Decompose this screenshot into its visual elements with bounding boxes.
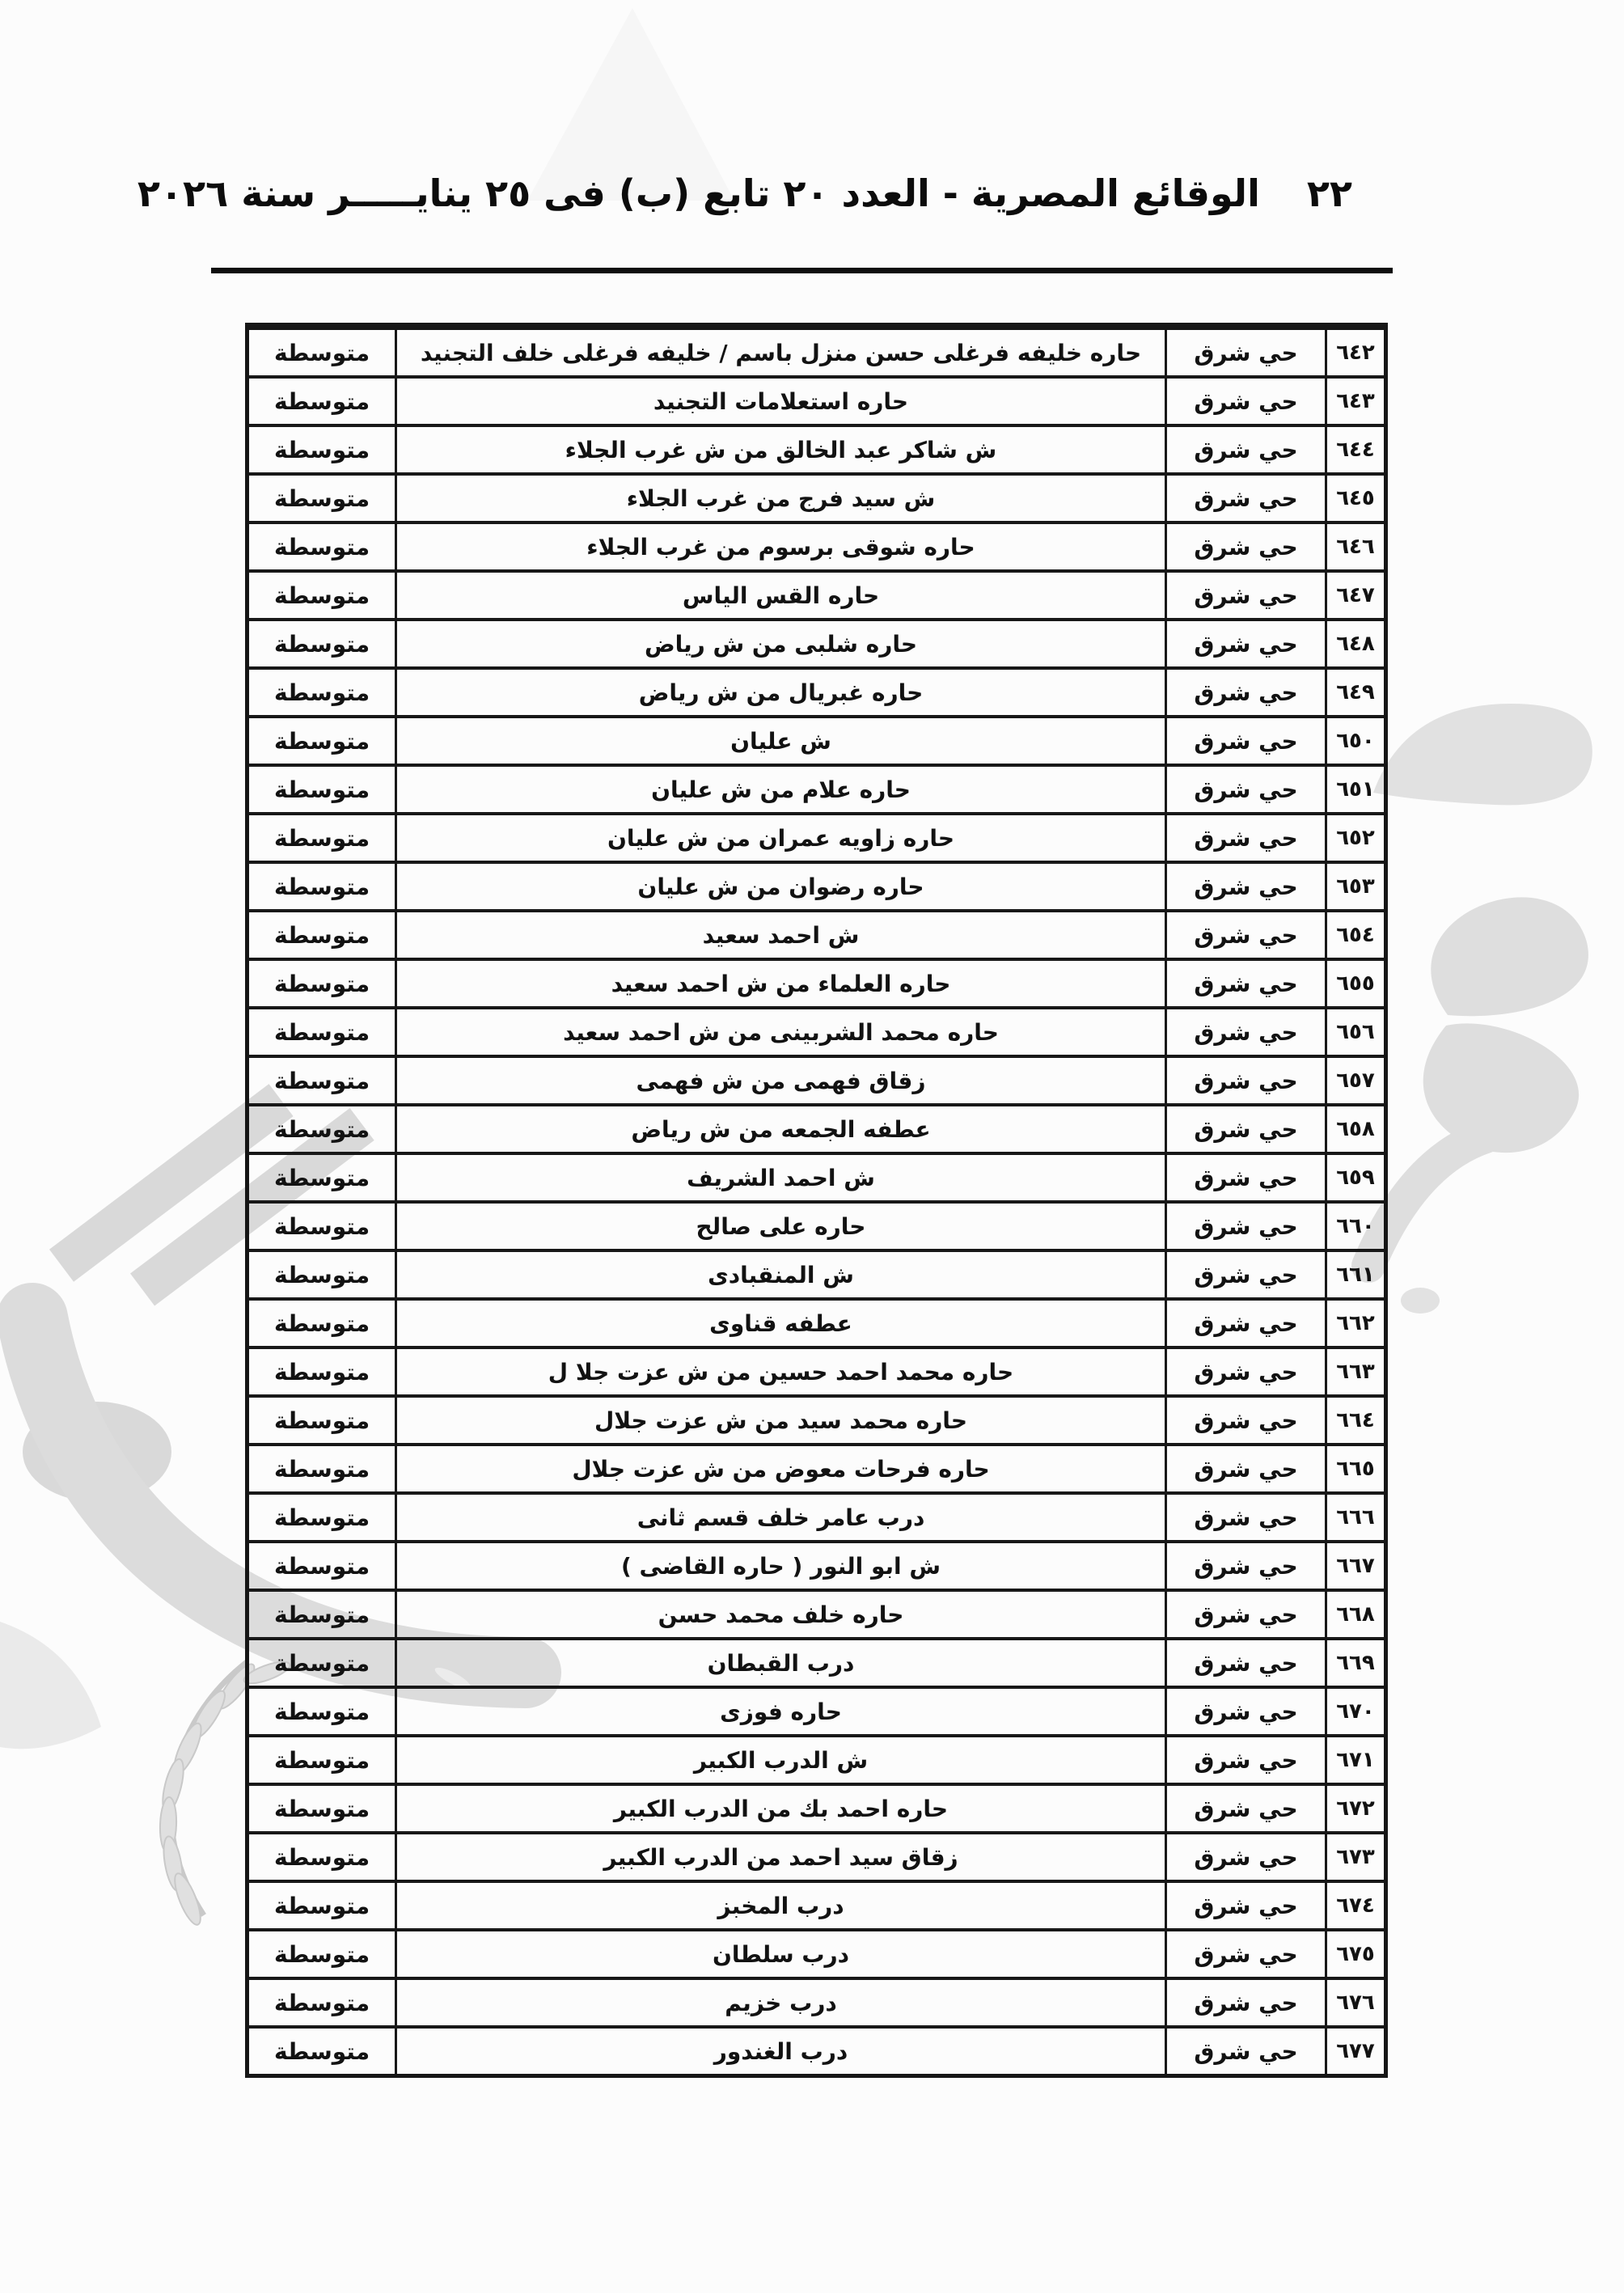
watermark-blob [0, 1622, 101, 1749]
street-name-cell: حاره القس الياس [396, 571, 1166, 620]
table-row: ٦٤٧ حي شرق حاره القس الياس متوسطة [247, 571, 1386, 620]
district-cell: حي شرق [1166, 1445, 1326, 1493]
row-number-cell: ٦٤٦ [1326, 522, 1386, 571]
row-number-cell: ٦٧٣ [1326, 1833, 1386, 1881]
row-number-cell: ٦٤٧ [1326, 571, 1386, 620]
grade-cell: متوسطة [247, 1881, 396, 1930]
page-number: ٢٢ [1307, 171, 1352, 215]
row-number-cell: ٦٥٦ [1326, 1008, 1386, 1056]
street-name-cell: حاره غبريال من ش رياض [396, 668, 1166, 717]
grade-cell: متوسطة [247, 1833, 396, 1881]
grade-cell: متوسطة [247, 668, 396, 717]
table-row: ٦٤٦ حي شرق حاره شوقى برسوم من غرب الجلاء… [247, 522, 1386, 571]
grade-cell: متوسطة [247, 620, 396, 668]
grade-cell: متوسطة [247, 1347, 396, 1396]
district-cell: حي شرق [1166, 1590, 1326, 1639]
row-number-cell: ٦٤٤ [1326, 425, 1386, 474]
table-row: ٦٥٠ حي شرق ش عليان متوسطة [247, 717, 1386, 765]
row-number-cell: ٦٤٨ [1326, 620, 1386, 668]
grade-cell: متوسطة [247, 1396, 396, 1445]
grade-cell: متوسطة [247, 814, 396, 862]
street-name-cell: حاره شوقى برسوم من غرب الجلاء [396, 522, 1166, 571]
grade-cell: متوسطة [247, 377, 396, 425]
row-number-cell: ٦٥٩ [1326, 1153, 1386, 1202]
row-number-cell: ٦٦٤ [1326, 1396, 1386, 1445]
row-number-cell: ٦٦٦ [1326, 1493, 1386, 1542]
table-row: ٦٥٣ حي شرق حاره رضوان من ش عليان متوسطة [247, 862, 1386, 911]
district-cell: حي شرق [1166, 474, 1326, 522]
table-row: ٦٤٩ حي شرق حاره غبريال من ش رياض متوسطة [247, 668, 1386, 717]
grade-cell: متوسطة [247, 1687, 396, 1736]
row-number-cell: ٦٤٥ [1326, 474, 1386, 522]
street-name-cell: درب القبطان [396, 1639, 1166, 1687]
street-name-cell: حاره علام من ش عليان [396, 765, 1166, 814]
streets-table-body: ٦٤٢ حي شرق حاره خليفه فرغلى حسن منزل باس… [247, 327, 1386, 2076]
district-cell: حي شرق [1166, 862, 1326, 911]
street-name-cell: ش عليان [396, 717, 1166, 765]
grade-cell: متوسطة [247, 1445, 396, 1493]
grade-cell: متوسطة [247, 1542, 396, 1590]
district-cell: حي شرق [1166, 1833, 1326, 1881]
district-cell: حي شرق [1166, 1396, 1326, 1445]
district-cell: حي شرق [1166, 717, 1326, 765]
table-row: ٦٥٦ حي شرق حاره محمد الشربينى من ش احمد … [247, 1008, 1386, 1056]
district-cell: حي شرق [1166, 1542, 1326, 1590]
district-cell: حي شرق [1166, 1056, 1326, 1105]
district-cell: حي شرق [1166, 959, 1326, 1008]
row-number-cell: ٦٦٩ [1326, 1639, 1386, 1687]
grade-cell: متوسطة [247, 425, 396, 474]
row-number-cell: ٦٧٠ [1326, 1687, 1386, 1736]
grade-cell: متوسطة [247, 1056, 396, 1105]
row-number-cell: ٦٤٣ [1326, 377, 1386, 425]
table-row: ٦٥١ حي شرق حاره علام من ش عليان متوسطة [247, 765, 1386, 814]
district-cell: حي شرق [1166, 1299, 1326, 1347]
table-row: ٦٦٠ حي شرق حاره على صالح متوسطة [247, 1202, 1386, 1250]
grade-cell: متوسطة [247, 1590, 396, 1639]
row-number-cell: ٦٥٨ [1326, 1105, 1386, 1153]
grade-cell: متوسطة [247, 1299, 396, 1347]
street-name-cell: حاره استعلامات التجنيد [396, 377, 1166, 425]
watermark-calligraphy-3 [1423, 1023, 1579, 1153]
street-name-cell: حاره خلف محمد حسن [396, 1590, 1166, 1639]
district-cell: حي شرق [1166, 1639, 1326, 1687]
district-cell: حي شرق [1166, 1930, 1326, 1978]
district-cell: حي شرق [1166, 1250, 1326, 1299]
street-name-cell: حاره احمد بك من الدرب الكبير [396, 1784, 1166, 1833]
watermark-calligraphy-1 [1373, 704, 1592, 805]
district-cell: حي شرق [1166, 668, 1326, 717]
district-cell: حي شرق [1166, 1881, 1326, 1930]
grade-cell: متوسطة [247, 1202, 396, 1250]
street-name-cell: حاره فوزى [396, 1687, 1166, 1736]
street-name-cell: ش الدرب الكبير [396, 1736, 1166, 1784]
watermark-calligraphy-dot [1401, 1288, 1440, 1314]
street-name-cell: درب عامر خلف قسم ثانى [396, 1493, 1166, 1542]
grade-cell: متوسطة [247, 959, 396, 1008]
streets-table: ٦٤٢ حي شرق حاره خليفه فرغلى حسن منزل باس… [245, 323, 1388, 2078]
district-cell: حي شرق [1166, 327, 1326, 378]
grade-cell: متوسطة [247, 1978, 396, 2027]
street-name-cell: حاره العلماء من ش احمد سعيد [396, 959, 1166, 1008]
street-name-cell: عطفه قناوى [396, 1299, 1166, 1347]
row-number-cell: ٦٤٩ [1326, 668, 1386, 717]
district-cell: حي شرق [1166, 1978, 1326, 2027]
district-cell: حي شرق [1166, 1153, 1326, 1202]
street-name-cell: حاره فرحات معوض من ش عزت جلال [396, 1445, 1166, 1493]
district-cell: حي شرق [1166, 571, 1326, 620]
grade-cell: متوسطة [247, 2027, 396, 2076]
row-number-cell: ٦٧١ [1326, 1736, 1386, 1784]
row-number-cell: ٦٧٥ [1326, 1930, 1386, 1978]
row-number-cell: ٦٥١ [1326, 765, 1386, 814]
grade-cell: متوسطة [247, 1784, 396, 1833]
street-name-cell: ش احمد سعيد [396, 911, 1166, 959]
row-number-cell: ٦٦٨ [1326, 1590, 1386, 1639]
grade-cell: متوسطة [247, 1930, 396, 1978]
row-number-cell: ٦٥٧ [1326, 1056, 1386, 1105]
table-row: ٦٤٢ حي شرق حاره خليفه فرغلى حسن منزل باس… [247, 327, 1386, 378]
table-row: ٦٧٠ حي شرق حاره فوزى متوسطة [247, 1687, 1386, 1736]
row-number-cell: ٦٥٠ [1326, 717, 1386, 765]
table-row: ٦٧٦ حي شرق درب خزيم متوسطة [247, 1978, 1386, 2027]
grade-cell: متوسطة [247, 1736, 396, 1784]
street-name-cell: درب المخبز [396, 1881, 1166, 1930]
grade-cell: متوسطة [247, 765, 396, 814]
street-name-cell: حاره على صالح [396, 1202, 1166, 1250]
street-name-cell: زقاق سيد احمد من الدرب الكبير [396, 1833, 1166, 1881]
table-row: ٦٦٩ حي شرق درب القبطان متوسطة [247, 1639, 1386, 1687]
watermark-calligraphy-2 [1431, 897, 1588, 1016]
row-number-cell: ٦٧٤ [1326, 1881, 1386, 1930]
row-number-cell: ٦٦٧ [1326, 1542, 1386, 1590]
table-row: ٦٥٧ حي شرق زقاق فهمى من ش فهمى متوسطة [247, 1056, 1386, 1105]
district-cell: حي شرق [1166, 1008, 1326, 1056]
street-name-cell: درب خزيم [396, 1978, 1166, 2027]
table-row: ٦٦٣ حي شرق حاره محمد احمد حسين من ش عزت … [247, 1347, 1386, 1396]
watermark-dot [23, 1402, 171, 1502]
grade-cell: متوسطة [247, 571, 396, 620]
district-cell: حي شرق [1166, 1784, 1326, 1833]
table-row: ٦٤٤ حي شرق ش شاكر عبد الخالق من ش غرب ال… [247, 425, 1386, 474]
district-cell: حي شرق [1166, 765, 1326, 814]
district-cell: حي شرق [1166, 522, 1326, 571]
grade-cell: متوسطة [247, 862, 396, 911]
table-row: ٦٥٩ حي شرق ش احمد الشريف متوسطة [247, 1153, 1386, 1202]
table-row: ٦٤٨ حي شرق حاره شلبى من ش رياض متوسطة [247, 620, 1386, 668]
grade-cell: متوسطة [247, 911, 396, 959]
table-row: ٦٤٥ حي شرق ش سيد فرج من غرب الجلاء متوسط… [247, 474, 1386, 522]
row-number-cell: ٦٥٢ [1326, 814, 1386, 862]
street-name-cell: ش شاكر عبد الخالق من ش غرب الجلاء [396, 425, 1166, 474]
table-row: ٦٧١ حي شرق ش الدرب الكبير متوسطة [247, 1736, 1386, 1784]
table-row: ٦٧٥ حي شرق درب سلطان متوسطة [247, 1930, 1386, 1978]
table-row: ٦٥٢ حي شرق حاره زاويه عمران من ش عليان م… [247, 814, 1386, 862]
table-row: ٦٤٣ حي شرق حاره استعلامات التجنيد متوسطة [247, 377, 1386, 425]
street-name-cell: زقاق فهمى من ش فهمى [396, 1056, 1166, 1105]
table-row: ٦٦٦ حي شرق درب عامر خلف قسم ثانى متوسطة [247, 1493, 1386, 1542]
street-name-cell: حاره شلبى من ش رياض [396, 620, 1166, 668]
row-number-cell: ٦٧٦ [1326, 1978, 1386, 2027]
district-cell: حي شرق [1166, 814, 1326, 862]
table-row: ٦٦٢ حي شرق عطفه قناوى متوسطة [247, 1299, 1386, 1347]
page-title: الوقائع المصرية - العدد ٢٠ تابع (ب) فى ٢… [137, 171, 1260, 215]
table-row: ٦٧٣ حي شرق زقاق سيد احمد من الدرب الكبير… [247, 1833, 1386, 1881]
table-row: ٦٥٨ حي شرق عطفه الجمعه من ش رياض متوسطة [247, 1105, 1386, 1153]
gazette-page: ٢٢ الوقائع المصرية - العدد ٢٠ تابع (ب) ف… [0, 0, 1624, 2293]
street-name-cell: حاره زاويه عمران من ش عليان [396, 814, 1166, 862]
district-cell: حي شرق [1166, 1202, 1326, 1250]
row-number-cell: ٦٥٥ [1326, 959, 1386, 1008]
district-cell: حي شرق [1166, 425, 1326, 474]
street-name-cell: حاره محمد احمد حسين من ش عزت جلا ل [396, 1347, 1166, 1396]
street-name-cell: ش ابو النور ( حاره القاضى ) [396, 1542, 1166, 1590]
street-name-cell: ش سيد فرج من غرب الجلاء [396, 474, 1166, 522]
street-name-cell: حاره محمد الشربينى من ش احمد سعيد [396, 1008, 1166, 1056]
street-name-cell: درب الغندور [396, 2027, 1166, 2076]
grade-cell: متوسطة [247, 1493, 396, 1542]
row-number-cell: ٦٦٢ [1326, 1299, 1386, 1347]
table-row: ٦٥٤ حي شرق ش احمد سعيد متوسطة [247, 911, 1386, 959]
grade-cell: متوسطة [247, 327, 396, 378]
street-name-cell: حاره خليفه فرغلى حسن منزل باسم / خليفه ف… [396, 327, 1166, 378]
district-cell: حي شرق [1166, 1347, 1326, 1396]
district-cell: حي شرق [1166, 911, 1326, 959]
row-number-cell: ٦٦٣ [1326, 1347, 1386, 1396]
street-name-cell: حاره محمد سيد من ش عزت جلال [396, 1396, 1166, 1445]
table-row: ٦٦٥ حي شرق حاره فرحات معوض من ش عزت جلال… [247, 1445, 1386, 1493]
street-name-cell: ش احمد الشريف [396, 1153, 1166, 1202]
street-name-cell: حاره رضوان من ش عليان [396, 862, 1166, 911]
grade-cell: متوسطة [247, 717, 396, 765]
grade-cell: متوسطة [247, 1008, 396, 1056]
district-cell: حي شرق [1166, 1105, 1326, 1153]
district-cell: حي شرق [1166, 1493, 1326, 1542]
district-cell: حي شرق [1166, 377, 1326, 425]
district-cell: حي شرق [1166, 1736, 1326, 1784]
table-row: ٦٧٤ حي شرق درب المخبز متوسطة [247, 1881, 1386, 1930]
row-number-cell: ٦٦١ [1326, 1250, 1386, 1299]
grade-cell: متوسطة [247, 1105, 396, 1153]
grade-cell: متوسطة [247, 1250, 396, 1299]
page-header: ٢٢ الوقائع المصرية - العدد ٢٠ تابع (ب) ف… [212, 171, 1352, 215]
table-row: ٦٧٧ حي شرق درب الغندور متوسطة [247, 2027, 1386, 2076]
row-number-cell: ٦٧٧ [1326, 2027, 1386, 2076]
table-row: ٦٦١ حي شرق ش المنقبادى متوسطة [247, 1250, 1386, 1299]
table-row: ٦٧٢ حي شرق حاره احمد بك من الدرب الكبير … [247, 1784, 1386, 1833]
table-row: ٦٦٨ حي شرق حاره خلف محمد حسن متوسطة [247, 1590, 1386, 1639]
grade-cell: متوسطة [247, 474, 396, 522]
grade-cell: متوسطة [247, 1639, 396, 1687]
table-row: ٦٥٥ حي شرق حاره العلماء من ش احمد سعيد م… [247, 959, 1386, 1008]
district-cell: حي شرق [1166, 620, 1326, 668]
row-number-cell: ٦٥٣ [1326, 862, 1386, 911]
street-name-cell: ش المنقبادى [396, 1250, 1166, 1299]
street-name-cell: عطفه الجمعه من ش رياض [396, 1105, 1166, 1153]
row-number-cell: ٦٦٥ [1326, 1445, 1386, 1493]
table-row: ٦٦٧ حي شرق ش ابو النور ( حاره القاضى ) م… [247, 1542, 1386, 1590]
district-cell: حي شرق [1166, 1687, 1326, 1736]
grade-cell: متوسطة [247, 522, 396, 571]
header-divider [211, 268, 1393, 273]
grade-cell: متوسطة [247, 1153, 396, 1202]
street-name-cell: درب سلطان [396, 1930, 1166, 1978]
row-number-cell: ٦٧٢ [1326, 1784, 1386, 1833]
row-number-cell: ٦٤٢ [1326, 327, 1386, 378]
district-cell: حي شرق [1166, 2027, 1326, 2076]
row-number-cell: ٦٦٠ [1326, 1202, 1386, 1250]
table-row: ٦٦٤ حي شرق حاره محمد سيد من ش عزت جلال م… [247, 1396, 1386, 1445]
row-number-cell: ٦٥٤ [1326, 911, 1386, 959]
